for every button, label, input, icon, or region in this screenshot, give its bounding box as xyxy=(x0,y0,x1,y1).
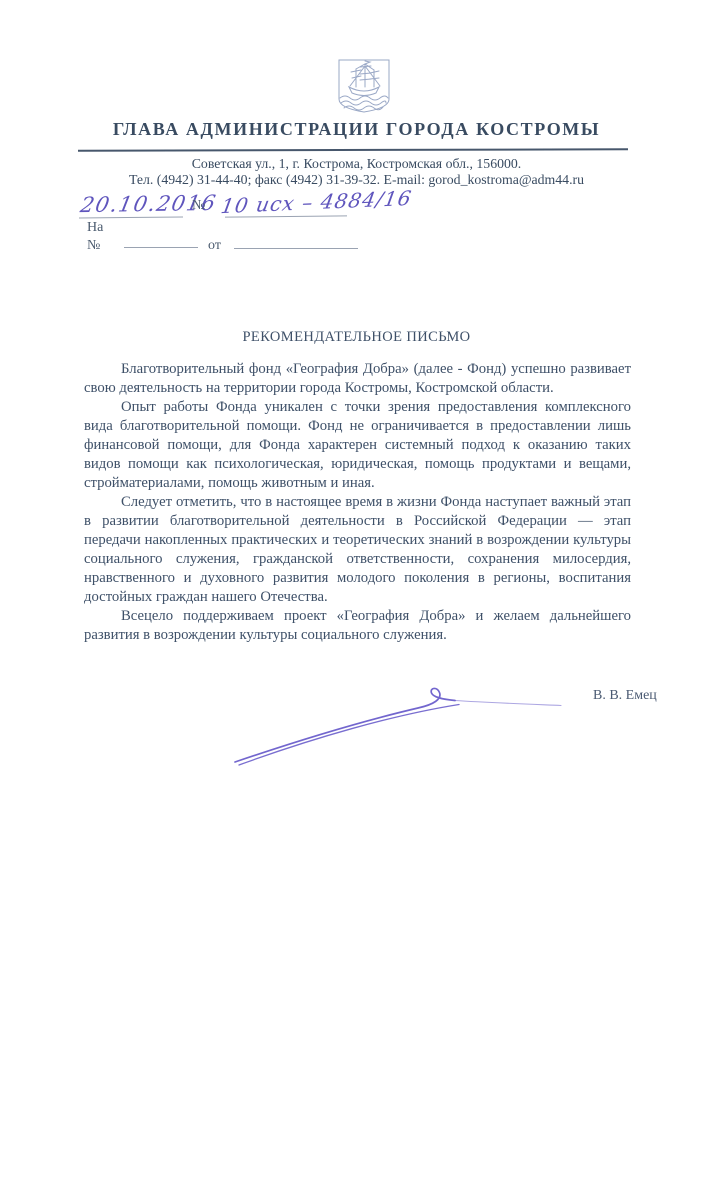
incoming-number-sign: № xyxy=(87,238,100,254)
address-line-2: Тел. (4942) 31-44-40; факс (4942) 31-39-… xyxy=(0,172,713,188)
date-underline xyxy=(79,216,183,218)
scanned-letter-page: ГЛАВА АДМИНИСТРАЦИИ ГОРОДА КОСТРОМЫ Сове… xyxy=(0,0,713,1180)
address-line-1: Советская ул., 1, г. Кострома, Костромск… xyxy=(0,156,713,172)
kostroma-coat-of-arms-icon xyxy=(334,58,394,114)
paragraph: Следует отметить, что в настоящее время … xyxy=(84,493,631,607)
handwritten-outgoing-number: 10 исх – 4884/16 xyxy=(219,186,414,218)
organization-title: ГЛАВА АДМИНИСТРАЦИИ ГОРОДА КОСТРОМЫ xyxy=(0,119,713,140)
outgoing-number-underline xyxy=(225,215,347,217)
signatory-name: В. В. Емец xyxy=(593,688,657,704)
paragraph: Благотворительный фонд «География Добра»… xyxy=(84,360,631,398)
from-date-blank xyxy=(234,248,358,249)
outgoing-number-sign: № xyxy=(192,198,205,214)
letter-body: Благотворительный фонд «География Добра»… xyxy=(84,360,631,645)
incoming-number-blank xyxy=(124,247,198,248)
incoming-reference-label: На xyxy=(87,220,103,236)
letter-title: РЕКОМЕНДАТЕЛЬНОЕ ПИСЬМО xyxy=(0,329,713,346)
paragraph: Всецело поддерживаем проект «География Д… xyxy=(84,607,631,645)
header-divider xyxy=(78,148,628,151)
signature-flourish-icon xyxy=(233,672,563,767)
paragraph: Опыт работы Фонда уникален с точки зрени… xyxy=(84,398,631,493)
from-date-label: от xyxy=(208,238,221,254)
